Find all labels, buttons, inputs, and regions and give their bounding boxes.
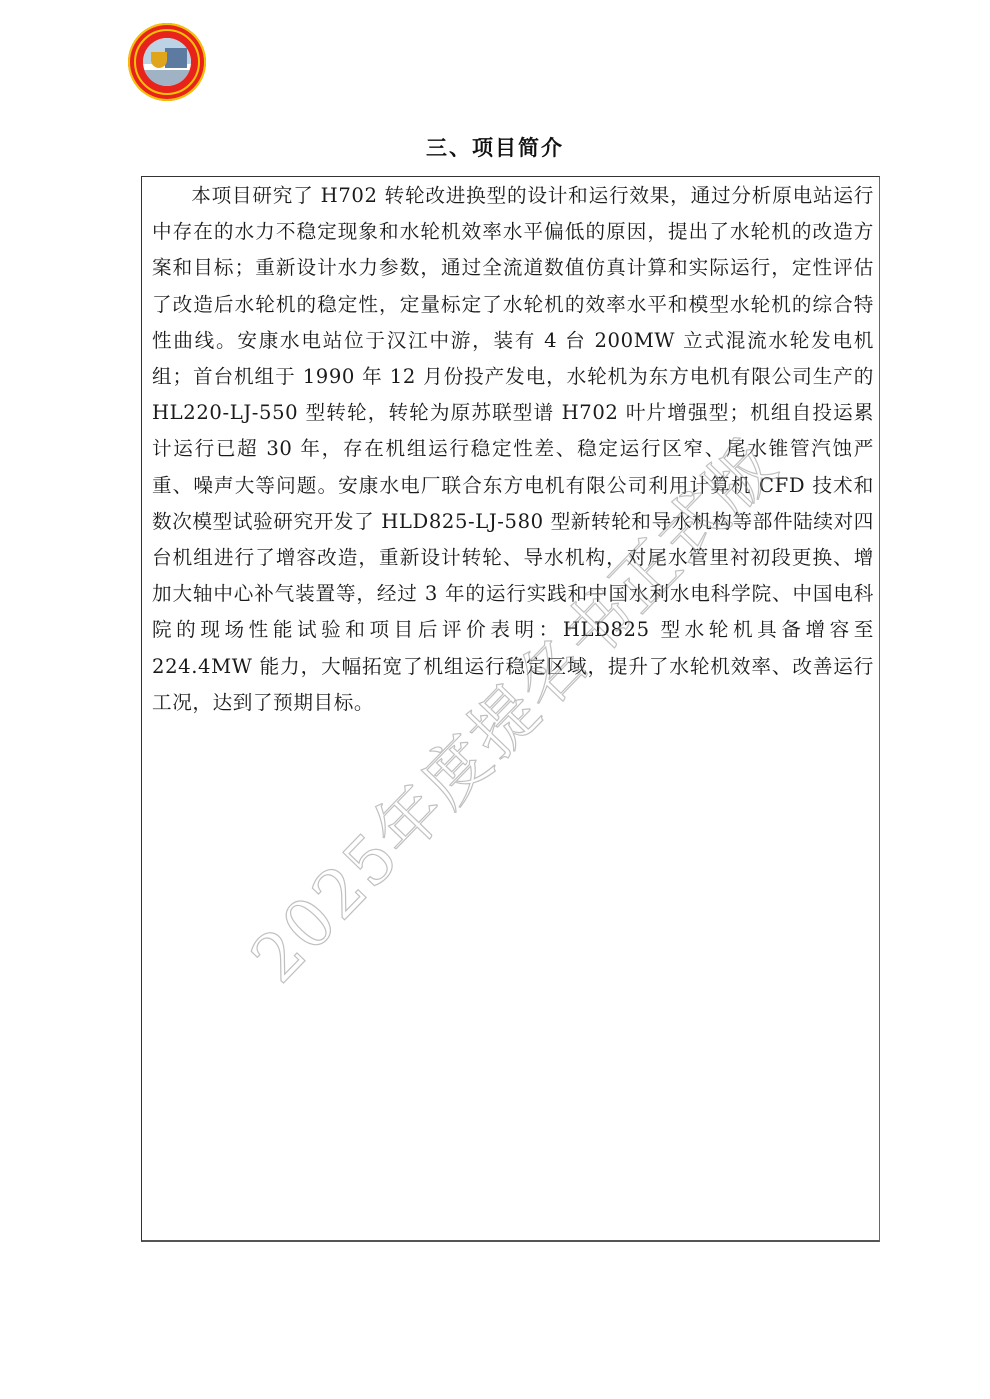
seal-emblem-icon [143, 38, 191, 86]
section-title: 三、项目简介 [0, 132, 990, 162]
organization-seal-logo [128, 23, 206, 101]
project-summary-paragraph: 本项目研究了 H702 转轮改进换型的设计和运行效果，通过分析原电站运行中存在的… [152, 178, 874, 721]
